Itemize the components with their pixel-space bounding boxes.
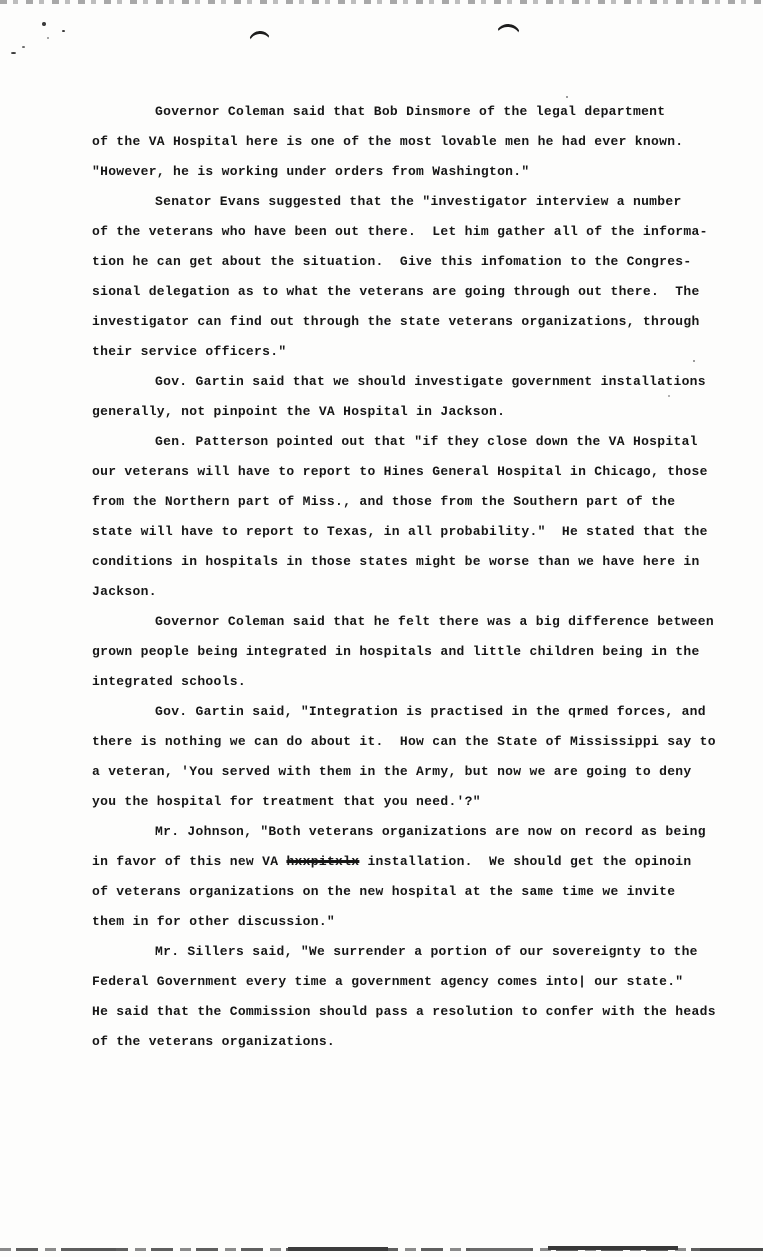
- text-run: in favor of this new VA: [92, 854, 286, 869]
- scanned-page: Governor Coleman said that Bob Dinsmore …: [0, 0, 763, 1257]
- text-line: Gov. Gartin said, "Integration is practi…: [92, 697, 732, 727]
- ink-speck: [47, 37, 49, 39]
- text-line: of veterans organizations on the new hos…: [92, 877, 732, 907]
- text-line: of the VA Hospital here is one of the mo…: [92, 127, 732, 157]
- text-line: generally, not pinpoint the VA Hospital …: [92, 397, 732, 427]
- document-text: Governor Coleman said that Bob Dinsmore …: [92, 97, 732, 1057]
- text-line: Senator Evans suggested that the "invest…: [92, 187, 732, 217]
- text-line: "However, he is working under orders fro…: [92, 157, 732, 187]
- text-line: Jackson.: [92, 577, 732, 607]
- text-line: sional delegation as to what the veteran…: [92, 277, 732, 307]
- text-line: of the veterans who have been out there.…: [92, 217, 732, 247]
- scan-edge-line-segment: [700, 1248, 763, 1251]
- text-line: there is nothing we can do about it. How…: [92, 727, 732, 757]
- text-line: our veterans will have to report to Hine…: [92, 457, 732, 487]
- text-run: installation. We should get the opinoin: [359, 854, 691, 869]
- text-line: Mr. Sillers said, "We surrender a portio…: [92, 937, 732, 967]
- ink-speck: [62, 30, 65, 32]
- text-line: in favor of this new VA hxxpitxlx instal…: [92, 847, 732, 877]
- ink-speck: [11, 52, 16, 54]
- text-line: grown people being integrated in hospita…: [92, 637, 732, 667]
- scan-edge-line-segment: [548, 1246, 678, 1250]
- ink-speck: [42, 22, 46, 26]
- text-line: investigator can find out through the st…: [92, 307, 732, 337]
- scan-edge-line-segment: [470, 1248, 530, 1251]
- text-line: Gen. Patterson pointed out that "if they…: [92, 427, 732, 457]
- text-line: Mr. Johnson, "Both veterans organization…: [92, 817, 732, 847]
- scan-edge-line-segment: [80, 1248, 116, 1251]
- text-line: tion he can get about the situation. Giv…: [92, 247, 732, 277]
- text-line: Governor Coleman said that Bob Dinsmore …: [92, 97, 732, 127]
- text-line: Governor Coleman said that he felt there…: [92, 607, 732, 637]
- pen-mark-arc: [248, 30, 272, 44]
- text-line: you the hospital for treatment that you …: [92, 787, 732, 817]
- text-line: conditions in hospitals in those states …: [92, 547, 732, 577]
- struck-out-word: hxxpitxlx: [286, 854, 359, 869]
- text-line: a veteran, 'You served with them in the …: [92, 757, 732, 787]
- pen-mark-arc: [496, 23, 522, 37]
- text-line: state will have to report to Texas, in a…: [92, 517, 732, 547]
- text-line: them in for other discussion.": [92, 907, 732, 937]
- text-line: He said that the Commission should pass …: [92, 997, 732, 1027]
- scan-edge-dotted: [0, 0, 763, 4]
- text-line: Gov. Gartin said that we should investig…: [92, 367, 732, 397]
- ink-speck: [22, 46, 25, 48]
- text-line: integrated schools.: [92, 667, 732, 697]
- scan-edge-line-segment: [288, 1247, 388, 1251]
- text-line: of the veterans organizations.: [92, 1027, 732, 1057]
- text-line: from the Northern part of Miss., and tho…: [92, 487, 732, 517]
- text-line: their service officers.": [92, 337, 732, 367]
- text-line: Federal Government every time a governme…: [92, 967, 732, 997]
